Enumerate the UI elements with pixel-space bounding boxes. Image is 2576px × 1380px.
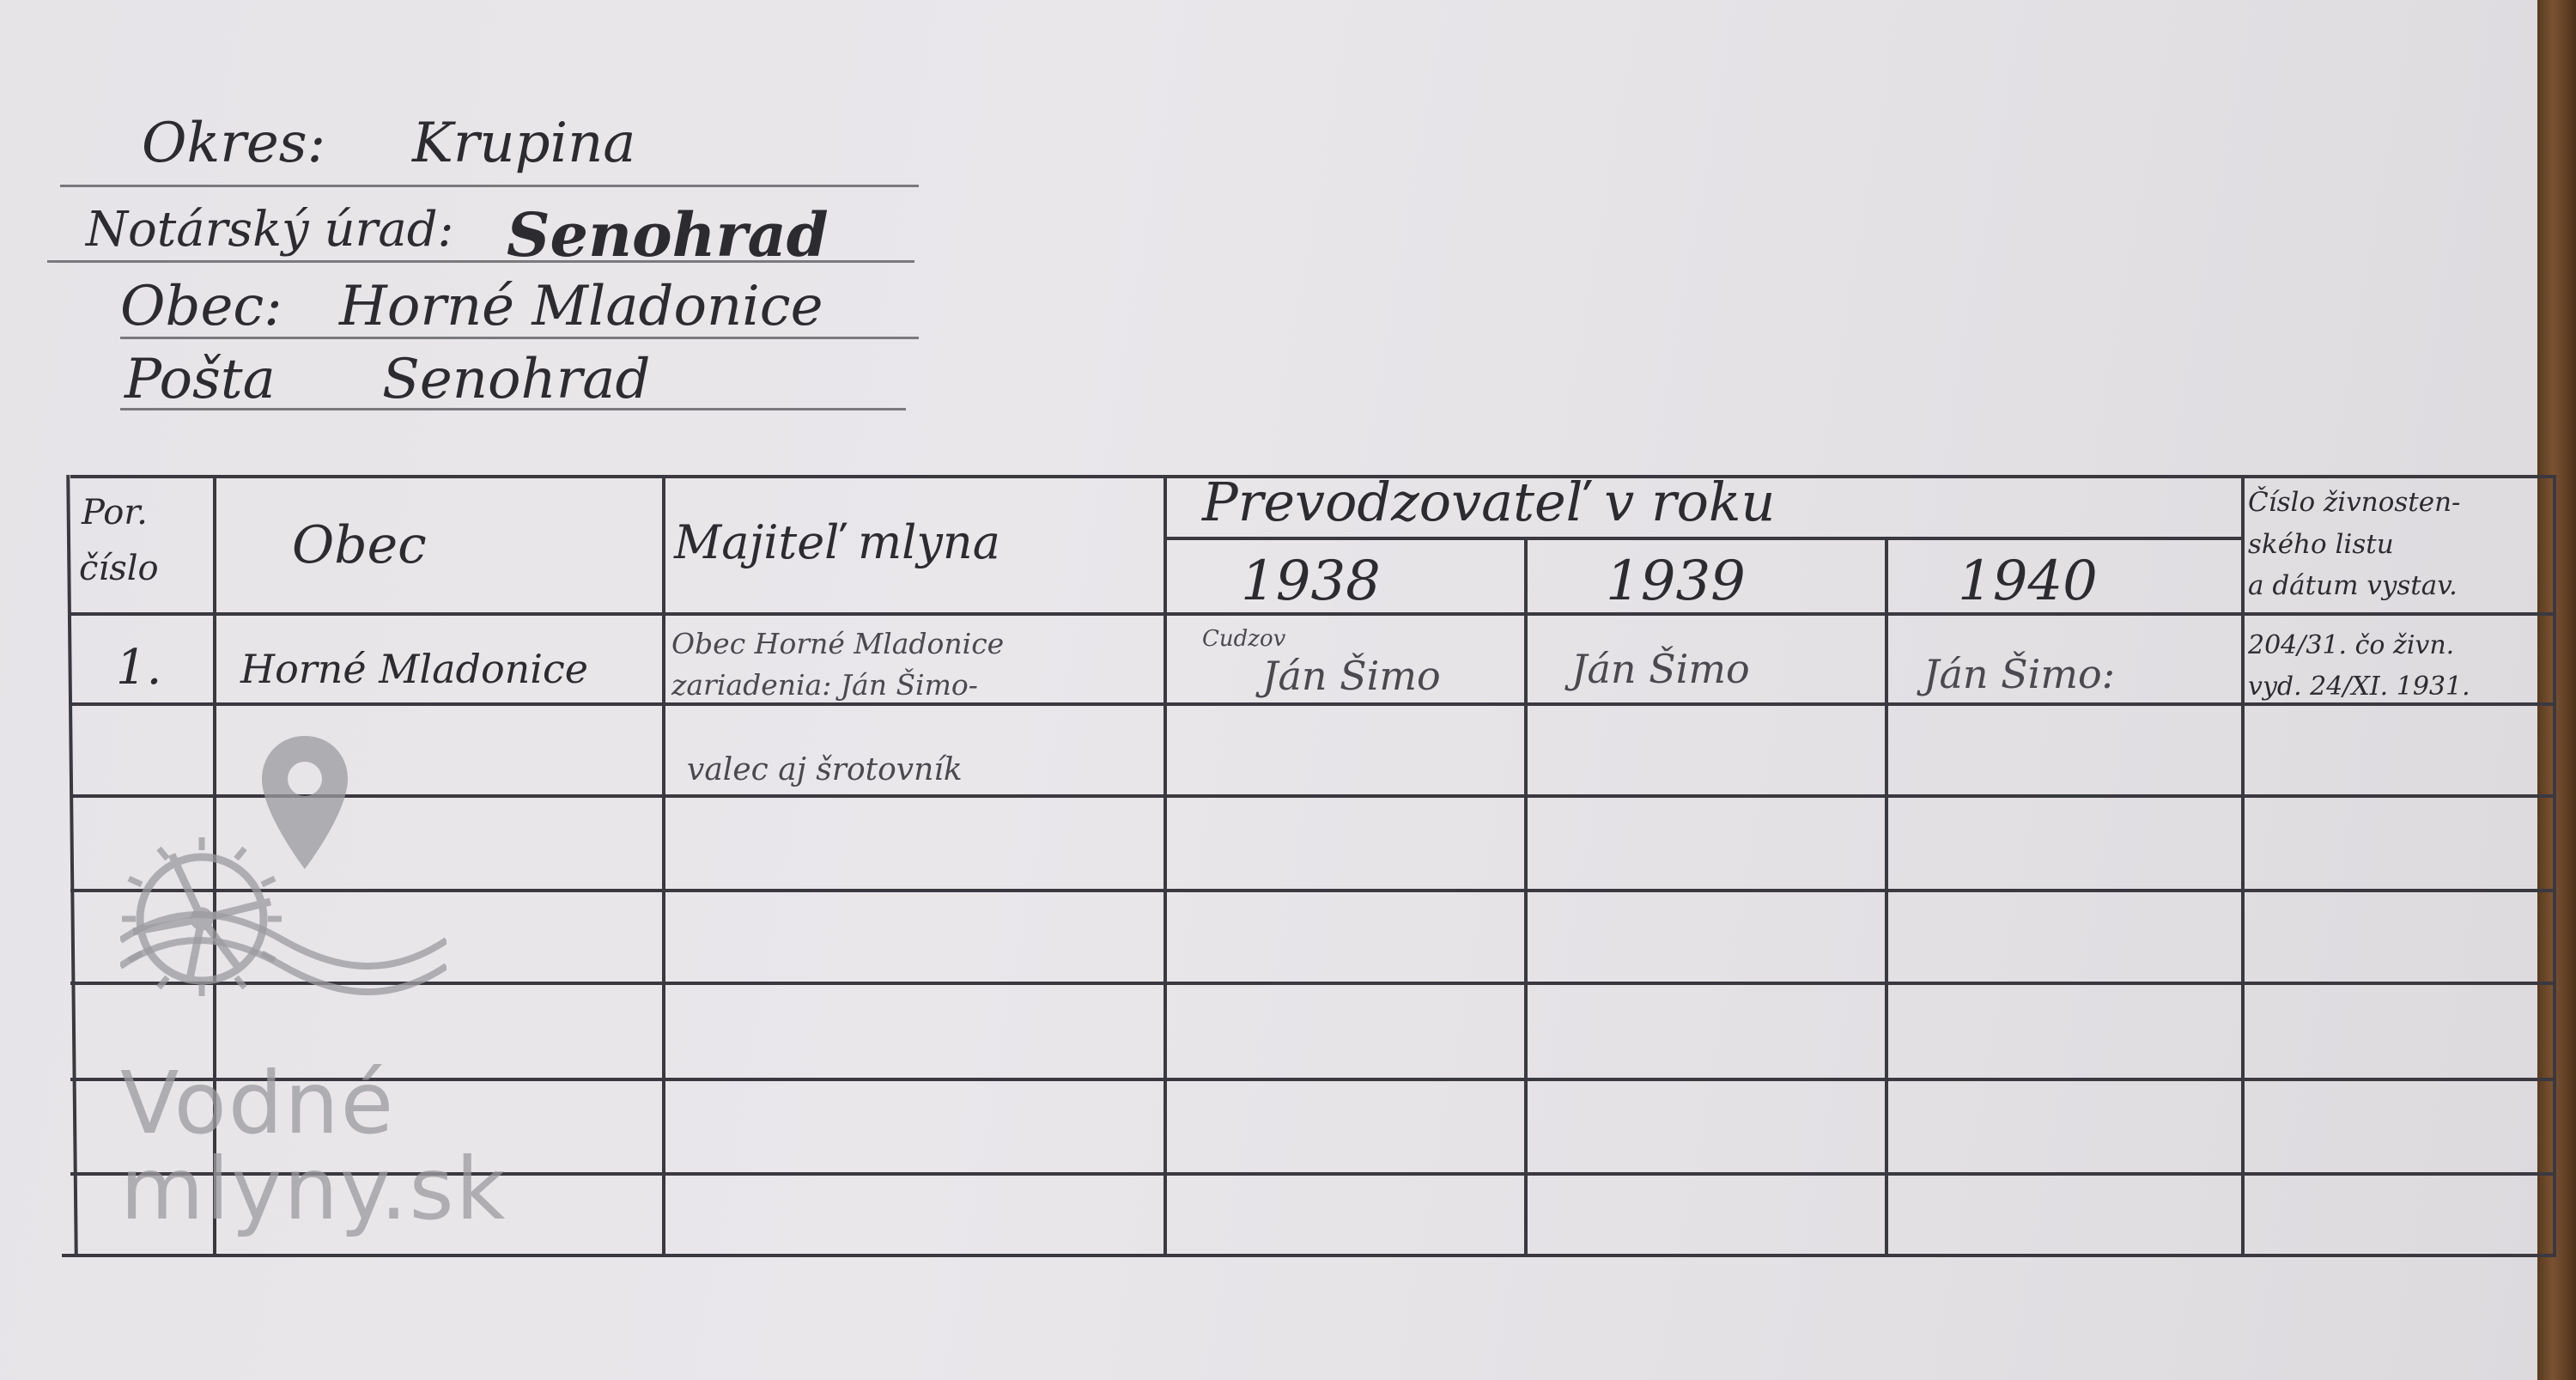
obec-underline (120, 337, 919, 339)
header-prevodzovatel: Prevodzovateľ v roku (1202, 471, 1775, 533)
notarsky-urad-underline (47, 260, 914, 263)
watermark-text-line2: mlyny.sk (120, 1142, 507, 1237)
okres-label: Okres: (142, 112, 325, 175)
header-cislo-listu-1: Číslo živnosten- (2248, 483, 2461, 521)
table-right-border (2553, 475, 2556, 1257)
header-majitel: Majiteľ mlyna (674, 515, 1000, 569)
cell-1938: Ján Šimo (1262, 653, 1441, 699)
posta-value: Senohrad (382, 348, 650, 411)
cell-cislo-listu-line2: vyd. 24/XI. 1931. (2248, 668, 2470, 706)
header-cislo-listu-3: a dátum vystav. (2248, 567, 2458, 605)
header-year-1938: 1938 (1241, 550, 1381, 613)
cell-majitel-line3: valec aj šrotovník (687, 751, 963, 789)
map-pin-icon (258, 732, 352, 873)
waves-icon (120, 902, 447, 1013)
notarsky-urad-label: Notárský úrad: (86, 202, 453, 258)
obec-value: Horné Mladonice (339, 275, 823, 338)
okres-underline (60, 185, 919, 187)
group-header-divider (1163, 537, 2243, 540)
row-line (70, 702, 2556, 706)
column-divider (662, 475, 665, 1257)
watermark-text-line1: Vodné (120, 1056, 395, 1151)
header-cislo-listu-2: ského listu (2248, 526, 2394, 563)
column-divider (1885, 537, 1888, 1257)
header-cislo: číslo (79, 550, 159, 587)
cell-por-cislo: 1. (116, 640, 161, 696)
cell-1940: Ján Šimo: (1923, 651, 2115, 697)
column-divider (1524, 537, 1528, 1257)
cell-1939: Ján Šimo (1571, 646, 1750, 692)
header-year-1939: 1939 (1606, 550, 1746, 613)
header-por: Por. (82, 494, 148, 532)
header-year-1940: 1940 (1958, 550, 2098, 613)
cell-obec: Horné Mladonice (240, 646, 588, 692)
column-divider (1163, 475, 1167, 1257)
cell-cislo-listu-line1: 204/31. čo živn. (2248, 627, 2454, 665)
table-bottom-border (62, 1254, 2556, 1257)
row-line (70, 1078, 2556, 1081)
cell-majitel-line2: zariadenia: Ján Šimo- (671, 666, 978, 704)
posta-label: Pošta (125, 348, 276, 411)
obec-label: Obec: (120, 275, 283, 338)
okres-value: Krupina (412, 112, 635, 175)
column-divider (2241, 475, 2245, 1257)
cell-majitel-line1: Obec Horné Mladonice (671, 625, 1004, 663)
header-obec: Obec (292, 515, 427, 575)
posta-underline (120, 408, 906, 410)
